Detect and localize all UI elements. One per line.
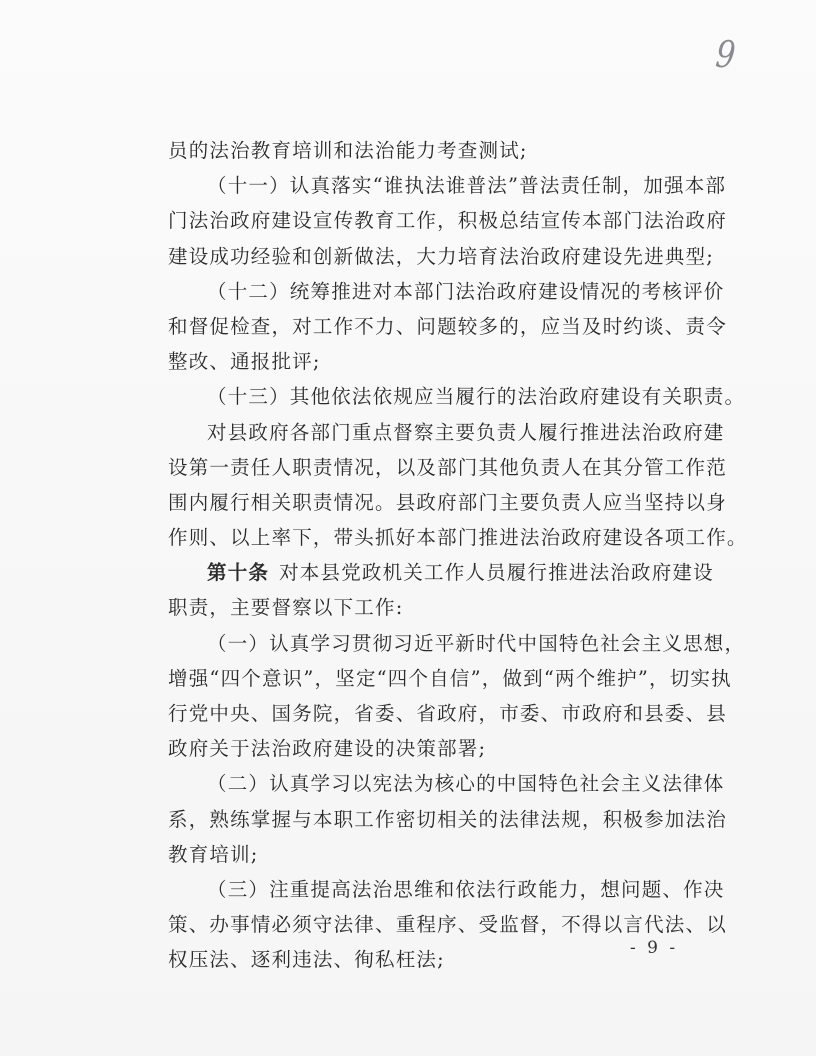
document-page: 9 员的法治教育培训和法治能力考查测试; （十一）认真落实“谁执法谁普法”普法责… xyxy=(0,0,816,1056)
text-line: （二）认真学习以宪法为核心的中国特色社会主义法律体 xyxy=(168,766,668,801)
text-line: 整改、通报批评; xyxy=(168,344,668,379)
text-line: 职责，主要督察以下工作: xyxy=(168,590,668,625)
text-line: 建设成功经验和创新做法，大力培育法治政府建设先进典型; xyxy=(168,239,668,274)
text-line: 门法治政府建设宣传教育工作，积极总结宣传本部门法治政府 xyxy=(168,203,668,238)
document-body: 员的法治教育培训和法治能力考查测试; （十一）认真落实“谁执法谁普法”普法责任制… xyxy=(168,133,668,978)
text-line: 对县政府各部门重点督察主要负责人履行推进法治政府建 xyxy=(168,415,668,450)
text-line: 政府关于法治政府建设的决策部署; xyxy=(168,731,668,766)
article-heading: 第十条 xyxy=(207,561,269,584)
text-line: （一）认真学习贯彻习近平新时代中国特色社会主义思想， xyxy=(168,626,668,661)
text-line: 设第一责任人职责情况，以及部门其他负责人在其分管工作范 xyxy=(168,450,668,485)
text-line: 增强“四个意识”，坚定“四个自信”，做到“两个维护”，切实执 xyxy=(168,661,668,696)
text-line: 作则、以上率下，带头抓好本部门推进法治政府建设各项工作。 xyxy=(168,520,668,555)
text-line: 教育培训; xyxy=(168,837,668,872)
text-line: 权压法、逐利违法、徇私枉法; xyxy=(168,942,668,977)
article-line: 第十条对本县党政机关工作人员履行推进法治政府建设 xyxy=(168,555,668,590)
text-line: （三）注重提高法治思维和依法行政能力，想问题、作决 xyxy=(168,872,668,907)
text-line: 系，熟练掌握与本职工作密切相关的法律法规，积极参加法治 xyxy=(168,802,668,837)
text-line: 员的法治教育培训和法治能力考查测试; xyxy=(168,133,668,168)
page-number: - 9 - xyxy=(630,938,678,958)
text-line: 行党中央、国务院，省委、省政府，市委、市政府和县委、县 xyxy=(168,696,668,731)
text-line: （十一）认真落实“谁执法谁普法”普法责任制，加强本部 xyxy=(168,168,668,203)
handwritten-page-mark: 9 xyxy=(714,33,738,79)
text-line: 围内履行相关职责情况。县政府部门主要负责人应当坚持以身 xyxy=(168,485,668,520)
text-line: （十二）统筹推进对本部门法治政府建设情况的考核评价 xyxy=(168,274,668,309)
text-line: 策、办事情必须守法律、重程序、受监督，不得以言代法、以 xyxy=(168,907,668,942)
text-line: （十三）其他依法依规应当履行的法治政府建设有关职责。 xyxy=(168,379,668,414)
text-line: 对本县党政机关工作人员履行推进法治政府建设 xyxy=(279,561,714,584)
text-line: 和督促检查，对工作不力、问题较多的，应当及时约谈、责令 xyxy=(168,309,668,344)
